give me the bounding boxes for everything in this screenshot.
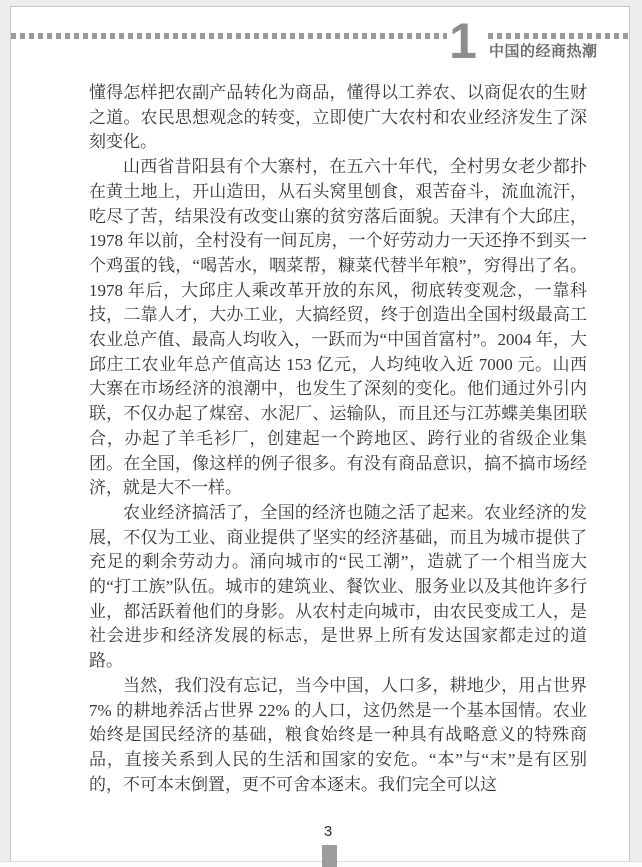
- body-text: 懂得怎样把农副产品转化为商品，懂得以工养农、以商促农的生财之道。农民思想观念的转…: [89, 81, 587, 797]
- page-sheet: 1 中国的经商热潮 懂得怎样把农副产品转化为商品，懂得以工养农、以商促农的生财之…: [10, 6, 630, 862]
- page-bottom-strip: [0, 862, 642, 867]
- header-dotted-rule-right: [488, 33, 630, 39]
- paragraph: 懂得怎样把农副产品转化为商品，懂得以工养农、以商促农的生财之道。农民思想观念的转…: [89, 81, 587, 155]
- chapter-title: 中国的经商热潮: [489, 43, 631, 61]
- paragraph: 农业经济搞活了，全国的经济也随之活了起来。农业经济的发展，不仅为工业、商业提供了…: [89, 501, 587, 674]
- header-dotted-rule-left: [11, 33, 447, 39]
- scanned-book-page: 1 中国的经商热潮 懂得怎样把农副产品转化为商品，懂得以工养农、以商促农的生财之…: [0, 0, 642, 867]
- chapter-number: 1: [445, 15, 481, 67]
- page-bottom-rule: [0, 861, 642, 862]
- page-number: 3: [312, 823, 344, 841]
- paragraph: 当然，我们没有忘记，当今中国，人口多，耕地少，用占世界 7% 的耕地养活占世界 …: [89, 674, 587, 798]
- paragraph: 山西省昔阳县有个大寨村，在五六十年代，全村男女老少都扑在黄土地上，开山造田，从石…: [89, 155, 587, 501]
- page-number-tab: [322, 845, 337, 867]
